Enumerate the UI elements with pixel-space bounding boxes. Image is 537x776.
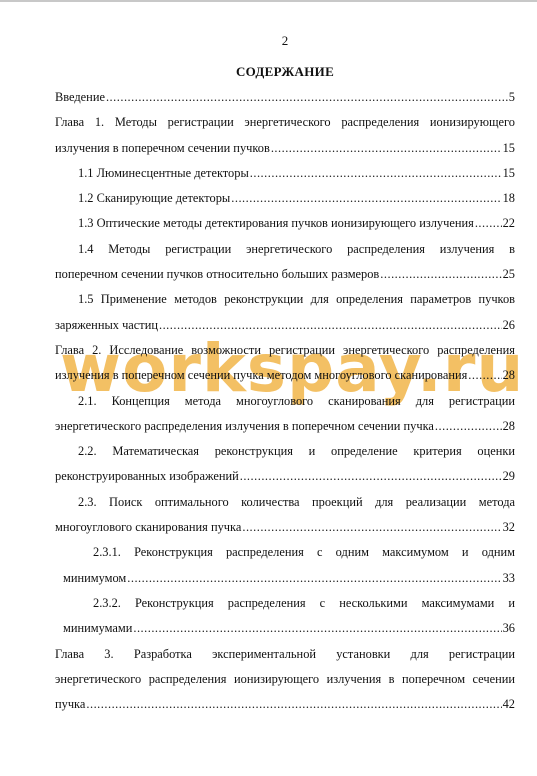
toc-entry-title: энергетического распределения излучения … <box>55 414 434 439</box>
toc-page-number: 28 <box>503 363 515 388</box>
page-number: 2 <box>0 33 537 49</box>
toc-page-number: 29 <box>503 464 515 489</box>
dot-leader <box>106 85 508 110</box>
toc-entry-text: 1.5 Применение методов реконструкции для… <box>55 287 515 312</box>
top-border <box>0 0 537 2</box>
toc-entry-text: Глава 3. Разработка экспериментальной ус… <box>55 642 515 667</box>
toc-entry[interactable]: 1.5 Применение методов реконструкции для… <box>55 287 515 338</box>
toc-page-number: 36 <box>503 616 515 641</box>
toc-entry-text: 2.1. Концепция метода многоуглового скан… <box>55 389 515 414</box>
toc-entry-text: 1.4 Методы регистрации энергетического р… <box>55 237 515 262</box>
toc-entry[interactable]: Глава 2. Исследование возможности регист… <box>55 338 515 389</box>
toc-entry-text: энергетического распределения ионизирующ… <box>55 667 515 692</box>
toc-page-number: 15 <box>503 161 515 186</box>
toc-entry-title: поперечном сечении пучков относительно б… <box>55 262 379 287</box>
toc-entry-title: минимумами <box>63 616 132 641</box>
toc-entry-title: 1.2 Сканирующие детекторы <box>78 186 230 211</box>
toc-page-number: 18 <box>503 186 515 211</box>
toc-entry[interactable]: 1.2 Сканирующие детекторы 18 <box>55 186 515 211</box>
toc-entry[interactable]: 1.4 Методы регистрации энергетического р… <box>55 237 515 288</box>
toc-page-number: 22 <box>503 211 515 236</box>
toc-entry-title: минимумом <box>63 566 126 591</box>
dot-leader <box>380 262 501 287</box>
dot-leader <box>468 363 501 388</box>
toc-entry[interactable]: 1.3 Оптические методы детектирования пуч… <box>55 211 515 236</box>
toc-entry-text: 2.3.1. Реконструкция распределения с одн… <box>55 540 515 565</box>
toc-entry[interactable]: Введение5 <box>55 85 515 110</box>
toc-entry-title: Введение <box>55 85 105 110</box>
toc-entry-title: излучения в поперечном сечении пучка мет… <box>55 363 467 388</box>
toc-entry[interactable]: 2.2. Математическая реконструкция и опре… <box>55 439 515 490</box>
toc-entry-text: Глава 1. Методы регистрации энергетическ… <box>55 110 515 135</box>
toc-entry-title: 1.3 Оптические методы детектирования пуч… <box>78 211 474 236</box>
toc-entry-title: излучения в поперечном сечении пучков <box>55 136 270 161</box>
toc-entry-title: пучка <box>55 692 85 717</box>
toc-entry-title: реконструированных изображений <box>55 464 239 489</box>
toc-entry-text: Глава 2. Исследование возможности регист… <box>55 338 515 363</box>
dot-leader <box>231 186 501 211</box>
toc-page-number: 15 <box>503 136 515 161</box>
dot-leader <box>133 616 501 641</box>
toc-page-number: 26 <box>503 313 515 338</box>
toc-page-number: 32 <box>503 515 515 540</box>
toc-entry[interactable]: 2.3.2. Реконструкция распределения с нес… <box>55 591 515 642</box>
toc-page-number: 25 <box>503 262 515 287</box>
toc-page-number: 33 <box>503 566 515 591</box>
toc-entry[interactable]: Глава 3. Разработка экспериментальной ус… <box>55 642 515 718</box>
toc-page-number: 28 <box>503 414 515 439</box>
dot-leader <box>240 464 502 489</box>
toc-entry[interactable]: 2.1. Концепция метода многоуглового скан… <box>55 389 515 440</box>
dot-leader <box>127 566 501 591</box>
toc-entry[interactable]: 2.3. Поиск оптимального количества проек… <box>55 490 515 541</box>
dot-leader <box>475 211 502 236</box>
toc-page-number: 5 <box>509 85 515 110</box>
dot-leader <box>242 515 501 540</box>
toc-entry-text: 2.3. Поиск оптимального количества проек… <box>55 490 515 515</box>
dot-leader <box>86 692 501 717</box>
dot-leader <box>271 136 502 161</box>
toc-entry-title: многоуглового сканирования пучка <box>55 515 241 540</box>
table-of-contents: Введение5Глава 1. Методы регистрации эне… <box>55 85 515 717</box>
toc-entry-title: 1.1 Люминесцентные детекторы <box>78 161 249 186</box>
dot-leader <box>435 414 502 439</box>
page-title: СОДЕРЖАНИЕ <box>0 64 537 80</box>
toc-page-number: 42 <box>503 692 515 717</box>
toc-entry[interactable]: 2.3.1. Реконструкция распределения с одн… <box>55 540 515 591</box>
toc-entry[interactable]: 1.1 Люминесцентные детекторы 15 <box>55 161 515 186</box>
dot-leader <box>250 161 502 186</box>
toc-entry-title: заряженных частиц <box>55 313 158 338</box>
toc-entry-text: 2.2. Математическая реконструкция и опре… <box>55 439 515 464</box>
toc-entry-text: 2.3.2. Реконструкция распределения с нес… <box>55 591 515 616</box>
toc-entry[interactable]: Глава 1. Методы регистрации энергетическ… <box>55 110 515 161</box>
dot-leader <box>159 313 502 338</box>
